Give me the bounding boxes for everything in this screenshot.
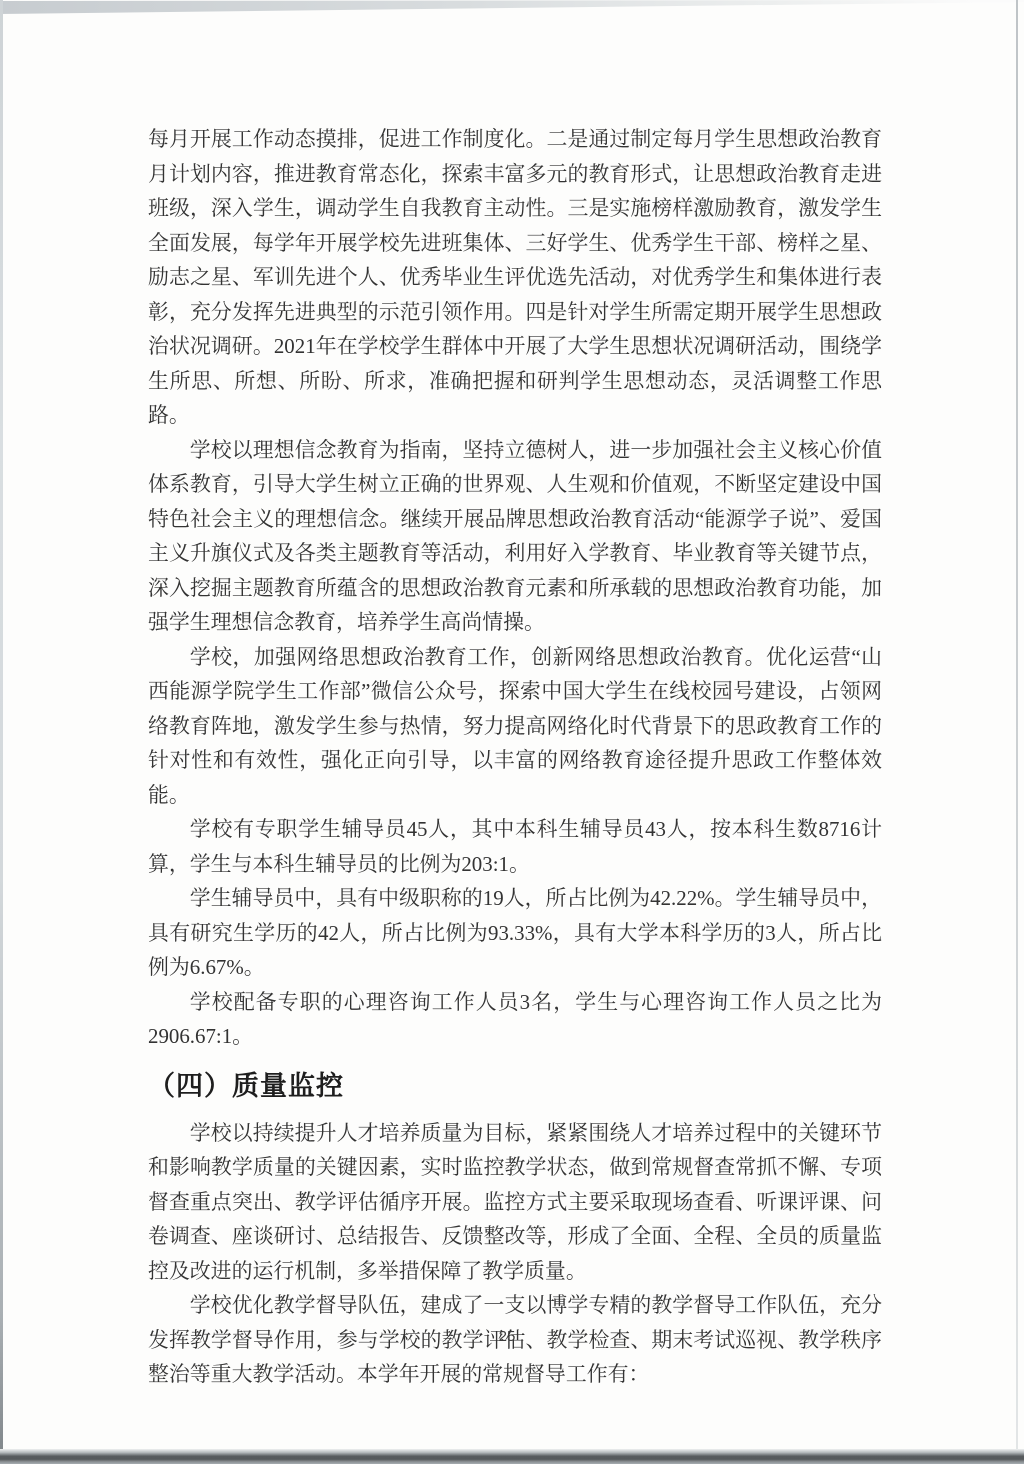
section-heading: （四）质量监控 — [148, 1068, 882, 1104]
scan-edge-left — [0, 0, 3, 1464]
paragraph-continuation: 每月开展工作动态摸排，促进工作制度化。二是通过制定每月学生思想政治教育月计划内容… — [148, 122, 882, 433]
scan-edge-bottom — [0, 1449, 1024, 1464]
page-number: 25 — [0, 1328, 1014, 1345]
scan-edge-top — [0, 0, 1024, 16]
scan-edge-right — [1016, 0, 1018, 1464]
paragraph: 学校配备专职的心理咨询工作人员3名，学生与心理咨询工作人员之比为2906.67:… — [148, 985, 882, 1054]
paragraph: 学校，加强网络思想政治教育工作，创新网络思想政治教育。优化运营“山西能源学院学生… — [148, 640, 882, 813]
document-content: 每月开展工作动态摸排，促进工作制度化。二是通过制定每月学生思想政治教育月计划内容… — [148, 122, 882, 1392]
paragraph: 学校有专职学生辅导员45人，其中本科生辅导员43人，按本科生数8716计算，学生… — [148, 812, 882, 881]
paragraph: 学生辅导员中，具有中级职称的19人，所占比例为42.22%。学生辅导员中，具有研… — [148, 881, 882, 985]
paragraph: 学校以理想信念教育为指南，坚持立德树人，进一步加强社会主义核心价值体系教育，引导… — [148, 433, 882, 640]
paragraph: 学校以持续提升人才培养质量为目标，紧紧围绕人才培养过程中的关键环节和影响教学质量… — [148, 1116, 882, 1289]
